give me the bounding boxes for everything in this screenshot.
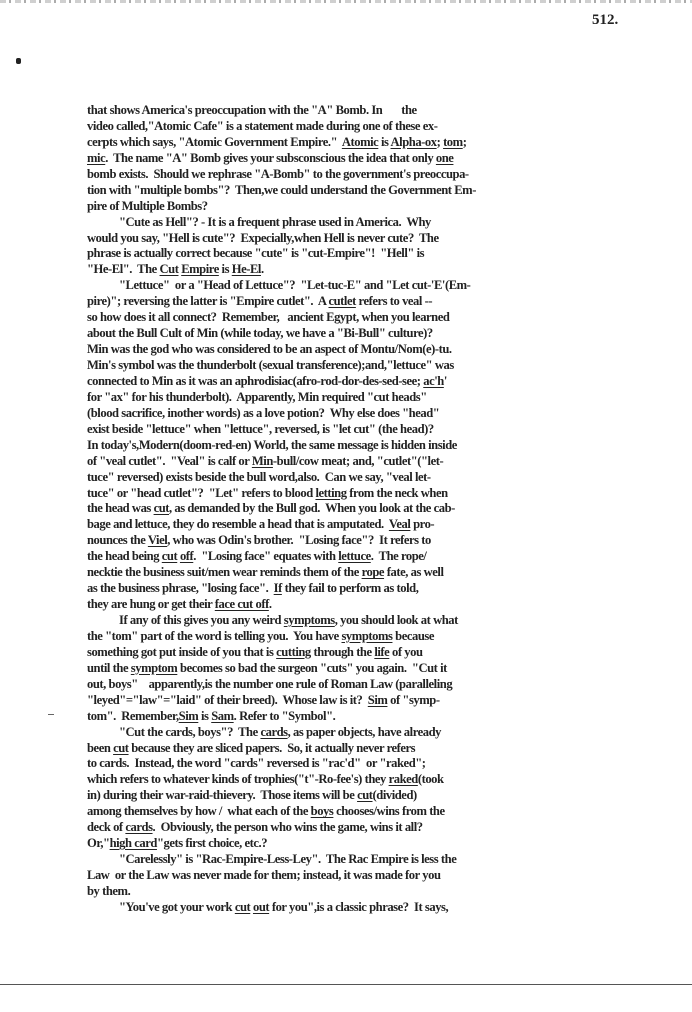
text-line: the "tom" part of the word is telling yo… xyxy=(87,629,667,645)
text-line: pire)"; reversing the latter is "Empire … xyxy=(87,294,667,310)
text-line: among themselves by how / what each of t… xyxy=(87,804,667,820)
underlined-word: one xyxy=(436,151,454,165)
text-line: Law or the Law was never made for them; … xyxy=(87,868,667,884)
text-line: been cut because they are sliced papers.… xyxy=(87,741,667,757)
underlined-word: symptoms xyxy=(284,613,335,627)
text-run: something got put inside of you that is xyxy=(87,645,276,659)
text-run: nounces the xyxy=(87,533,148,547)
text-line: Min's symbol was the thunderbolt (sexual… xyxy=(87,358,667,374)
text-run: been xyxy=(87,741,113,755)
text-run: "Carelessly" is "Rac-Empire-Less-Ley". T… xyxy=(119,852,456,866)
underlined-word: ac'h xyxy=(423,374,444,388)
underlined-word: If xyxy=(274,581,282,595)
text-run: (blood sacrifice, inother words) as a lo… xyxy=(87,406,439,420)
text-line: Or,"high card"gets first choice, etc.? xyxy=(87,836,667,852)
text-run: chooses/wins from the xyxy=(333,804,444,818)
text-run: of "veal cutlet". "Veal" is calf or xyxy=(87,454,252,468)
underlined-word: cut xyxy=(235,900,250,914)
underlined-word: Alpha-ox xyxy=(391,135,437,149)
text-line: by them. xyxy=(87,884,667,900)
text-line: bage and lettuce, they do resemble a hea… xyxy=(87,517,667,533)
underlined-word: cutlet xyxy=(328,294,355,308)
margin-mark xyxy=(16,58,21,64)
text-run: (divided) xyxy=(373,788,417,802)
text-run: tion with "multiple bombs"? Then,we coul… xyxy=(87,183,476,197)
text-line: video called,"Atomic Cafe" is a statemen… xyxy=(87,119,667,135)
text-line: which refers to whatever kinds of trophi… xyxy=(87,772,667,788)
text-run: refers to veal -- xyxy=(356,294,432,308)
text-line: exist beside "lettuce" when "lettuce", r… xyxy=(87,422,667,438)
underlined-word: life xyxy=(374,645,389,659)
underlined-word: Cut xyxy=(160,262,179,276)
underlined-word: Atomic xyxy=(342,135,378,149)
text-run: If any of this gives you any weird xyxy=(119,613,284,627)
text-run: cerpts which says, "Atomic Government Em… xyxy=(87,135,342,149)
text-run: "gets first choice, etc.? xyxy=(157,836,267,850)
text-run: . The rope/ xyxy=(371,549,427,563)
text-line: that shows America's preoccupation with … xyxy=(87,103,667,119)
underlined-word: cut xyxy=(113,741,128,755)
text-run: through the xyxy=(311,645,375,659)
text-run: connected to Min as it was an aphrodisia… xyxy=(87,374,423,388)
text-run: "leyed"="law"="laid" of their breed). Wh… xyxy=(87,693,368,707)
underlined-word: cut xyxy=(357,788,372,802)
text-line: would you say, "Hell is cute"? Expeciall… xyxy=(87,231,667,247)
text-line: tuce" reversed) exists beside the bull w… xyxy=(87,470,667,486)
text-run: because xyxy=(392,629,434,643)
underlined-word: off xyxy=(180,549,193,563)
underlined-word: boys xyxy=(311,804,334,818)
text-run: Min was the god who was considered to be… xyxy=(87,342,452,356)
text-run: "He-El". The xyxy=(87,262,160,276)
underlined-word: Viel xyxy=(148,533,167,547)
underlined-word: mic xyxy=(87,151,105,165)
text-line: bomb exists. Should we rephrase "A-Bomb"… xyxy=(87,167,667,183)
text-run: the head being xyxy=(87,549,162,563)
text-line: so how does it all connect? Remember, an… xyxy=(87,310,667,326)
underlined-word: Sam xyxy=(211,709,233,723)
text-run: the head was xyxy=(87,501,154,515)
text-run: . "Losing face" equates with xyxy=(193,549,338,563)
text-line: until the symptom becomes so bad the sur… xyxy=(87,661,667,677)
text-run: . xyxy=(261,262,264,276)
underlined-word: Sim xyxy=(368,693,388,707)
text-run: In today's,Modern(doom-red-en) World, th… xyxy=(87,438,457,452)
text-run: ; xyxy=(463,135,467,149)
page-number: 512. xyxy=(592,12,618,29)
text-line: "Carelessly" is "Rac-Empire-Less-Ley". T… xyxy=(87,852,667,868)
underlined-word: raked xyxy=(389,772,418,786)
text-run: for you",is a classic phrase? It says, xyxy=(269,900,448,914)
text-run: "You've got your work xyxy=(119,900,235,914)
text-line: phrase is actually correct because "cute… xyxy=(87,246,667,262)
underlined-word: symptom xyxy=(131,661,178,675)
text-run: by them. xyxy=(87,884,130,898)
text-run: . Obviously, the person who wins the gam… xyxy=(153,820,423,834)
text-run: would you say, "Hell is cute"? Expeciall… xyxy=(87,231,439,245)
text-run: , as paper objects, have already xyxy=(288,725,441,739)
text-run: from the neck when xyxy=(347,486,448,500)
underlined-word: cut xyxy=(162,549,177,563)
margin-dash xyxy=(48,714,54,715)
scan-edge-artifact xyxy=(0,0,692,3)
text-line: tion with "multiple bombs"? Then,we coul… xyxy=(87,183,667,199)
text-run: Law or the Law was never made for them; … xyxy=(87,868,441,882)
footer-rule xyxy=(0,984,692,985)
text-line: "He-El". The Cut Empire is He-El. xyxy=(87,262,667,278)
text-line: "Cut the cards, boys"? The cards, as pap… xyxy=(87,725,667,741)
underlined-word: out xyxy=(253,900,269,914)
text-run: they fail to perform as told, xyxy=(282,581,419,595)
text-line: the head being cut off. "Losing face" eq… xyxy=(87,549,667,565)
text-run: Min's symbol was the thunderbolt (sexual… xyxy=(87,358,454,372)
text-line: tuce" or "head cutlet"? "Let" refers to … xyxy=(87,486,667,502)
underlined-word: lettuce xyxy=(338,549,371,563)
text-run: . xyxy=(269,597,272,611)
text-run: about the Bull Cult of Min (while today,… xyxy=(87,326,433,340)
text-run: of you xyxy=(389,645,422,659)
text-line: in) during their war-raid-thievery. Thos… xyxy=(87,788,667,804)
text-line: "Lettuce" or a "Head of Lettuce"? "Let-t… xyxy=(87,278,667,294)
text-run: . Refer to "Symbol". xyxy=(234,709,336,723)
text-run: becomes so bad the surgeon "cuts" you ag… xyxy=(177,661,447,675)
underlined-word: Veal xyxy=(389,517,411,531)
text-line: something got put inside of you that is … xyxy=(87,645,667,661)
text-run: ' xyxy=(444,374,447,388)
text-run: necktie the business suit/men wear remin… xyxy=(87,565,362,579)
text-line: tom". Remember,Sim is Sam. Refer to "Sym… xyxy=(87,709,667,725)
underlined-word: cards xyxy=(260,725,287,739)
text-run: out, boys" apparently,is the number one … xyxy=(87,677,452,691)
text-run: they are hung or get their xyxy=(87,597,215,611)
text-run: because they are sliced papers. So, it a… xyxy=(129,741,416,755)
text-run: tuce" or "head cutlet"? "Let" refers to … xyxy=(87,486,315,500)
text-run: , as demanded by the Bull god. When you … xyxy=(169,501,455,515)
underlined-word: cutting xyxy=(276,645,311,659)
text-run: phrase is actually correct because "cute… xyxy=(87,246,424,260)
text-run: pro- xyxy=(410,517,434,531)
text-line: "You've got your work cut out for you",i… xyxy=(87,900,667,916)
text-run: . The name "A" Bomb gives your subsconsc… xyxy=(105,151,436,165)
text-run: pire of Multiple Bombs? xyxy=(87,199,208,213)
text-run: bomb exists. Should we rephrase "A-Bomb"… xyxy=(87,167,469,181)
text-run: deck of xyxy=(87,820,125,834)
underlined-word: rope xyxy=(362,565,384,579)
text-run: among themselves by how / what each of t… xyxy=(87,804,311,818)
text-line: deck of cards. Obviously, the person who… xyxy=(87,820,667,836)
text-line: In today's,Modern(doom-red-en) World, th… xyxy=(87,438,667,454)
text-run: is xyxy=(198,709,211,723)
document-body: that shows America's preoccupation with … xyxy=(87,103,667,916)
underlined-word: symptoms xyxy=(341,629,392,643)
underlined-word: tom xyxy=(443,135,463,149)
text-run: that shows America's preoccupation with … xyxy=(87,103,417,117)
text-line: (blood sacrifice, inother words) as a lo… xyxy=(87,406,667,422)
underlined-word: Min xyxy=(252,454,273,468)
underlined-word: high card xyxy=(110,836,157,850)
text-run: the "tom" part of the word is telling yo… xyxy=(87,629,341,643)
text-line: "leyed"="law"="laid" of their breed). Wh… xyxy=(87,693,667,709)
text-run: (took xyxy=(418,772,444,786)
text-run: tuce" reversed) exists beside the bull w… xyxy=(87,470,431,484)
underlined-word: letting xyxy=(315,486,346,500)
text-run: Or," xyxy=(87,836,110,850)
text-run: as the business phrase, "losing face". xyxy=(87,581,274,595)
text-run: is xyxy=(378,135,390,149)
text-line: Min was the god who was considered to be… xyxy=(87,342,667,358)
text-run: tom". Remember, xyxy=(87,709,179,723)
text-line: necktie the business suit/men wear remin… xyxy=(87,565,667,581)
underlined-word: Sim xyxy=(179,709,199,723)
text-line: connected to Min as it was an aphrodisia… xyxy=(87,374,667,390)
text-line: as the business phrase, "losing face". I… xyxy=(87,581,667,597)
text-run: exist beside "lettuce" when "lettuce", r… xyxy=(87,422,434,436)
text-run: fate, as well xyxy=(384,565,443,579)
text-line: for "ax" for his thunderbolt). Apparentl… xyxy=(87,390,667,406)
text-run: for "ax" for his thunderbolt). Apparentl… xyxy=(87,390,427,404)
text-run: "Cute as Hell"? - It is a frequent phras… xyxy=(119,215,431,229)
underlined-word: face cut off xyxy=(215,597,269,611)
text-run: so how does it all connect? Remember, an… xyxy=(87,310,449,324)
text-line: about the Bull Cult of Min (while today,… xyxy=(87,326,667,342)
text-line: nounces the Viel, who was Odin's brother… xyxy=(87,533,667,549)
text-run: is xyxy=(219,262,232,276)
text-run: , you should look at what xyxy=(335,613,458,627)
text-run: , who was Odin's brother. "Losing face"?… xyxy=(167,533,431,547)
text-line: If any of this gives you any weird sympt… xyxy=(87,613,667,629)
text-run: bage and lettuce, they do resemble a hea… xyxy=(87,517,389,531)
text-line: out, boys" apparently,is the number one … xyxy=(87,677,667,693)
underlined-word: He-El xyxy=(232,262,261,276)
text-line: the head was cut, as demanded by the Bul… xyxy=(87,501,667,517)
underlined-word: cut xyxy=(154,501,169,515)
text-run: -bull/cow meat; and, "cutlet"("let- xyxy=(273,454,443,468)
text-line: cerpts which says, "Atomic Government Em… xyxy=(87,135,667,151)
text-line: of "veal cutlet". "Veal" is calf or Min-… xyxy=(87,454,667,470)
text-line: "Cute as Hell"? - It is a frequent phras… xyxy=(87,215,667,231)
text-run: of "symp- xyxy=(387,693,439,707)
text-line: to cards. Instead, the word "cards" reve… xyxy=(87,756,667,772)
text-run: pire)"; reversing the latter is "Empire … xyxy=(87,294,328,308)
underlined-word: Empire xyxy=(181,262,219,276)
text-line: they are hung or get their face cut off. xyxy=(87,597,667,613)
text-run: in) during their war-raid-thievery. Thos… xyxy=(87,788,357,802)
text-run: "Lettuce" or a "Head of Lettuce"? "Let-t… xyxy=(119,278,470,292)
text-run: "Cut the cards, boys"? The xyxy=(119,725,260,739)
text-line: mic. The name "A" Bomb gives your subsco… xyxy=(87,151,667,167)
text-run: to cards. Instead, the word "cards" reve… xyxy=(87,756,426,770)
text-line: pire of Multiple Bombs? xyxy=(87,199,667,215)
text-run: video called,"Atomic Cafe" is a statemen… xyxy=(87,119,437,133)
text-run: which refers to whatever kinds of trophi… xyxy=(87,772,389,786)
underlined-word: cards xyxy=(125,820,152,834)
text-run: until the xyxy=(87,661,131,675)
